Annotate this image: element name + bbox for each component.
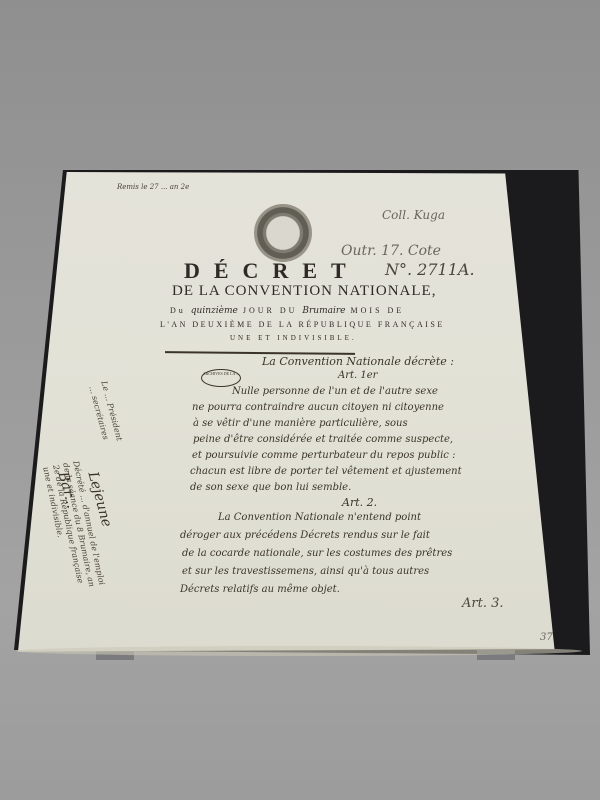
- art1-line-7: de son sexe que bon lui semble.: [190, 482, 351, 493]
- date-suffix: MOIS DE: [351, 306, 405, 315]
- date-month: Brumaire: [302, 306, 345, 316]
- art1-line-3: à se vêtir d'une manière particulière, s…: [193, 418, 408, 429]
- art2-line-5: Décrets relatifs au même objet.: [180, 584, 340, 595]
- top-left-note: Remis le 27 ... an 2e: [117, 183, 189, 191]
- date-line: Du quinzième JOUR DU Brumaire MOIS DE: [170, 306, 404, 316]
- page-number: 37: [540, 632, 553, 643]
- art1-line-5: et poursuivie comme perturbateur du repo…: [192, 450, 455, 461]
- art1-line-1: Nulle personne de l'un et de l'autre sex…: [232, 386, 438, 397]
- article-1-heading: Art. 1er: [338, 370, 377, 381]
- article-2-heading: Art. 2.: [342, 496, 377, 509]
- art2-line-2: déroger aux précédens Décrets rendus sur…: [180, 530, 430, 541]
- archive-number: N°. 2711A.: [385, 260, 475, 279]
- art1-line-2: ne pourra contraindre aucun citoyen ni c…: [192, 402, 444, 413]
- date-day: quinzième: [191, 306, 238, 316]
- pencil-note: Coll. Kuga: [382, 208, 445, 222]
- date-middle: JOUR DU: [243, 306, 298, 315]
- photo-scene: Remis le 27 ... an 2e Coll. Kuga Outr. 1…: [0, 0, 600, 800]
- archives-stamp: ARCHIVES DE LA ...: [201, 369, 241, 387]
- art2-line-4: et sur les travestissemens, ainsi qu'à t…: [182, 566, 429, 577]
- indivisible-line: UNE ET INDIVISIBLE.: [230, 334, 357, 342]
- art2-line-1: La Convention Nationale n'entend point: [218, 512, 421, 523]
- art1-line-4: peine d'être considérée et traitée comme…: [193, 434, 453, 445]
- art1-line-6: chacun est libre de porter tel vêtement …: [190, 466, 462, 477]
- decree-title: DÉCRET: [184, 258, 360, 284]
- paper-bottom-edge: [16, 646, 582, 656]
- date-prefix: Du: [170, 306, 186, 315]
- decree-intro: La Convention Nationale décrète :: [262, 355, 454, 368]
- convention-subtitle: DE LA CONVENTION NATIONALE,: [172, 283, 436, 300]
- republic-seal-icon: [254, 204, 312, 262]
- article-3-heading: Art. 3.: [462, 596, 504, 611]
- art2-line-3: de la cocarde nationale, sur les costume…: [182, 548, 452, 559]
- archive-note: Outr. 17. Cote: [341, 243, 441, 259]
- year-line: L'AN DEUXIÈME DE LA RÉPUBLIQUE FRANÇAISE: [160, 320, 445, 329]
